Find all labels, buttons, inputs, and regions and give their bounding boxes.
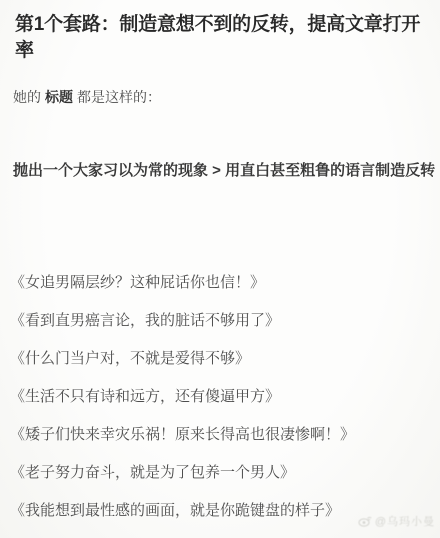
example-title: 《生活不只有诗和远方，还有傻逼甲方》: [10, 378, 434, 416]
example-title: 《老子努力奋斗，就是为了包养一个男人》: [10, 454, 434, 492]
example-title: 《什么门当户对，不就是爱得不够》: [10, 340, 434, 378]
intro-prefix: 她的: [13, 89, 41, 105]
intro-line: 她的标题都是这样的：: [13, 88, 161, 107]
intro-keyword: 标题: [45, 89, 73, 105]
example-list: 《女追男隔层纱？这种屁话你也信！》 《看到直男癌言论，我的脏话不够用了》 《什么…: [10, 264, 434, 530]
section-heading: 第1个套路：制造意想不到的反转，提高文章打开率: [15, 12, 433, 64]
example-title: 《看到直男癌言论，我的脏话不够用了》: [10, 302, 434, 340]
watermark: @乌玛小曼: [358, 513, 435, 529]
formula-line: 抛出一个大家习以为常的现象 > 用直白甚至粗鲁的语言制造反转: [13, 160, 437, 181]
article-screenshot: 第1个套路：制造意想不到的反转，提高文章打开率 她的标题都是这样的： 抛出一个大…: [0, 0, 440, 538]
intro-suffix: 都是这样的：: [77, 89, 161, 105]
weibo-logo-icon: [358, 515, 372, 527]
example-title: 《矮子们快来幸灾乐祸！原来长得高也很凄惨啊！》: [10, 416, 434, 454]
example-title: 《女追男隔层纱？这种屁话你也信！》: [10, 264, 434, 302]
watermark-handle: @乌玛小曼: [375, 513, 435, 529]
